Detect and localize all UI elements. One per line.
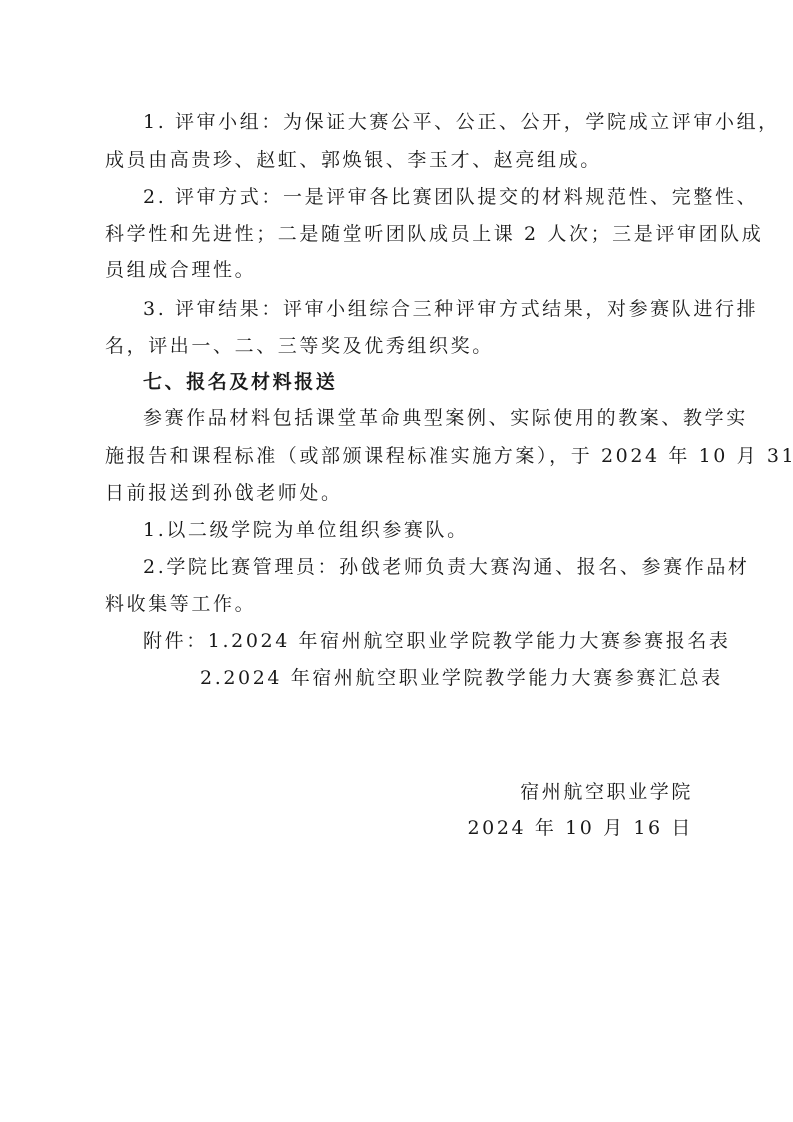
review-item1-line2: 成员由高贵珍、赵虹、郭焕银、李玉才、赵亮组成。: [105, 148, 695, 172]
review-item1-line1: 1. 评审小组：为保证大赛公平、公正、公开，学院成立评审小组，: [143, 110, 695, 134]
submission-para-line1: 参赛作品材料包括课堂革命典型案例、实际使用的教案、教学实: [143, 406, 695, 430]
review-item3-line2: 名，评出一、二、三等奖及优秀组织奖。: [105, 334, 695, 358]
attachment-line1: 附件：1.2024 年宿州航空职业学院教学能力大赛参赛报名表: [143, 629, 695, 653]
submission-item2-line1: 2.学院比赛管理员：孙戗老师负责大赛沟通、报名、参赛作品材: [143, 555, 695, 579]
section-seven-heading: 七、报名及材料报送: [143, 370, 695, 394]
submission-item1: 1.以二级学院为单位组织参赛队。: [143, 518, 695, 542]
submission-para-line2: 施报告和课程标准（或部颁课程标准实施方案），于 2024 年 10 月 31: [105, 444, 695, 468]
review-item3-line1: 3. 评审结果：评审小组综合三种评审方式结果，对参赛队进行排: [143, 297, 695, 321]
review-item2-line2: 科学性和先进性；二是随堂听团队成员上课 2 人次；三是评审团队成: [105, 222, 695, 246]
review-item2-line3: 员组成合理性。: [105, 258, 695, 282]
submission-para-line3: 日前报送到孙戗老师处。: [105, 481, 695, 505]
attachment-line2: 2.2024 年宿州航空职业学院教学能力大赛参赛汇总表: [200, 666, 790, 690]
submission-item2-line2: 料收集等工作。: [105, 592, 695, 616]
signature-date: 2024 年 10 月 16 日: [467, 816, 693, 840]
signature-org: 宿州航空职业学院: [520, 780, 693, 804]
review-item2-line1: 2. 评审方式：一是评审各比赛团队提交的材料规范性、完整性、: [143, 185, 695, 209]
